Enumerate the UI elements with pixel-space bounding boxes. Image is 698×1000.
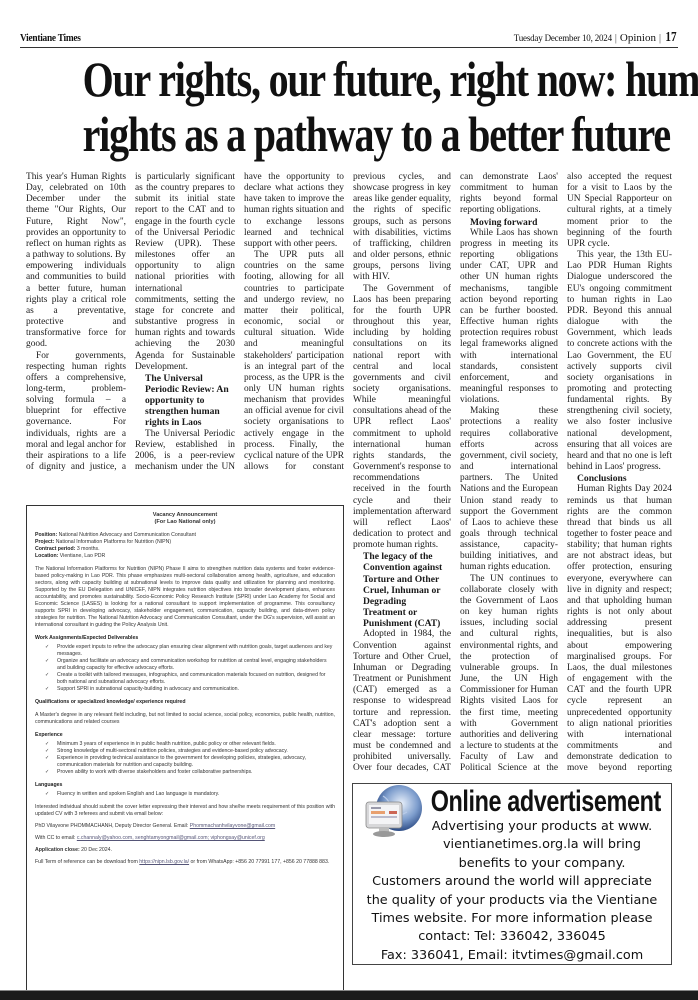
close-date: 20 Dec 2024.: [81, 847, 112, 853]
paragraph: have the opportunity to declare what act…: [244, 172, 344, 250]
tor-whatsapp: or from WhatsApp: +856 20 77991 177, +85…: [191, 859, 330, 865]
ad-line: benefits to your company.: [353, 855, 671, 873]
paragraph: Human Rights Day 2024 reminds us that hu…: [567, 484, 672, 774]
contact-email-link[interactable]: Phommachanhvilayvone@gmail.com: [190, 823, 275, 829]
experience-item: Strong knowledge of multi-sectoral nutri…: [45, 748, 335, 755]
subheading: Conclusions: [567, 473, 672, 484]
paragraph: The Government of Laos has been preparin…: [353, 284, 451, 552]
experience-heading: Experience: [35, 732, 335, 739]
section-name: Opinion: [620, 32, 656, 44]
paragraph: can demonstrate Laos' commitment to huma…: [460, 172, 558, 217]
project-label: Project:: [35, 539, 54, 545]
vacancy-announcement: Vacancy Announcement (For Lao National o…: [26, 505, 344, 991]
paragraph: Adopted in 1984, the Convention against …: [353, 629, 451, 774]
experience-item: Proven ability to work with diverse stak…: [45, 769, 335, 776]
subheading: The legacy of the Convention against Tor…: [353, 551, 451, 629]
work-list: Provide expert inputs to refine the advo…: [35, 644, 335, 693]
article-column-5: can demonstrate Laos' commitment to huma…: [460, 172, 558, 774]
language-item: Fluency in written and spoken English an…: [45, 791, 335, 798]
vacancy-description: The National Information Platforms for N…: [35, 566, 335, 629]
bottom-bar: [0, 990, 698, 1000]
ad-line: Customers around the world will apprecia…: [353, 873, 671, 891]
paragraph: The UN continues to collaborate closely …: [460, 574, 558, 774]
paragraph: previous cycles, and showcase progress i…: [353, 172, 451, 284]
paragraph: For governments, respecting human rights…: [26, 351, 126, 473]
experience-item: Minimum 3 years of experience in in publ…: [45, 741, 335, 748]
paragraph: also accepted the request for a visit to…: [567, 172, 672, 250]
position-value: National Nutrition Advocacy and Communic…: [59, 532, 196, 538]
paragraph: The Universal Periodic Review, establish…: [135, 429, 235, 472]
work-heading: Work Assignments/Expected Deliverables: [35, 635, 335, 642]
experience-item: Experience in providing technical assist…: [45, 755, 335, 769]
location-label: Location:: [35, 553, 58, 559]
cc-row: With CC to email: c.channaly@yahoo.com, …: [35, 835, 335, 842]
paragraph: is particularly significant as the count…: [135, 172, 235, 373]
project-row: Project: National Information Platforms …: [35, 539, 335, 546]
ad-contact-fax-email: Fax: 336041, Email: itvtimes@gmail.com: [353, 947, 671, 965]
work-item: Support SPRI in subnational capacity-bui…: [45, 686, 335, 693]
separator: |: [615, 33, 617, 44]
contact-text: PhD Vilayvone PHOMMACHANH, Deputy Direct…: [35, 823, 188, 829]
application-close-row: Application close: 20 Dec 2024.: [35, 847, 335, 854]
tor-text: Full Term of reference can be download f…: [35, 859, 138, 865]
submission-instructions: Interested individual should submit the …: [35, 804, 335, 818]
tor-row: Full Term of reference can be download f…: [35, 859, 335, 866]
publication-name: Vientiane Times: [20, 32, 81, 44]
vacancy-title: Vacancy Announcement: [35, 512, 335, 519]
paragraph: Making these protections a reality requi…: [460, 406, 558, 573]
subheading: Moving forward: [460, 217, 558, 228]
headline-line-2: rights as a pathway to a better future: [83, 107, 616, 162]
languages-heading: Languages: [35, 782, 335, 789]
vacancy-subtitle: (For Lao National only): [35, 519, 335, 526]
separator: |: [659, 33, 661, 44]
online-advertisement: Online advertisement Advertising your pr…: [352, 783, 672, 965]
cc-label: With CC to email:: [35, 835, 75, 841]
work-item: Create a toolkit with tailored messages,…: [45, 672, 335, 686]
paragraph: The UPR puts all countries on the same f…: [244, 250, 344, 472]
issue-date: Tuesday December 10, 2024: [514, 33, 612, 43]
ad-title: Online advertisement: [431, 786, 642, 818]
location-value: Vientiane, Lao PDR: [60, 553, 105, 559]
page-number: 17: [665, 30, 676, 46]
article-column-6: also accepted the request for a visit to…: [567, 172, 672, 774]
subheading: The Universal Periodic Review: An opport…: [135, 373, 235, 429]
experience-list: Minimum 3 years of experience in in publ…: [35, 741, 335, 776]
paragraph: This year's Human Rights Day, celebrated…: [26, 172, 126, 351]
article-column-4: previous cycles, and showcase progress i…: [353, 172, 451, 774]
contract-row: Contract period: 3 months.: [35, 546, 335, 553]
headline-line-1: Our rights, our future, right now: human: [83, 52, 616, 107]
position-row: Position: National Nutrition Advocacy an…: [35, 532, 335, 539]
ad-line: Times website. For more information plea…: [353, 910, 671, 928]
tor-link[interactable]: https://nipn.lsb.gov.la/: [139, 859, 189, 865]
work-item: Provide expert inputs to refine the advo…: [45, 644, 335, 658]
paragraph: While Laos has shown progress in meeting…: [460, 228, 558, 407]
contact-row: PhD Vilayvone PHOMMACHANH, Deputy Direct…: [35, 823, 335, 830]
cc-email-links[interactable]: c.channaly@yahoo.com, senghtamyongmail@g…: [77, 835, 265, 841]
ad-line: the quality of your products via the Vie…: [353, 892, 671, 910]
paragraph: This year, the 13th EU-Lao PDR Human Rig…: [567, 250, 672, 473]
work-item: Organize and facilitate an advocacy and …: [45, 658, 335, 672]
qualifications-text: A Master's degree in any relevant field …: [35, 712, 335, 726]
article-column-3: have the opportunity to declare what act…: [244, 172, 344, 472]
article-column-2: is particularly significant as the count…: [135, 172, 235, 472]
page-header: Vientiane Times Tuesday December 10, 202…: [20, 30, 678, 48]
languages-list: Fluency in written and spoken English an…: [35, 791, 335, 798]
project-value: National Information Platforms for Nutri…: [56, 539, 171, 545]
page-meta: Tuesday December 10, 2024 | Opinion | 17: [514, 30, 678, 46]
location-row: Location: Vientiane, Lao PDR: [35, 553, 335, 560]
article-column-1: This year's Human Rights Day, celebrated…: [26, 172, 126, 472]
position-label: Position:: [35, 532, 57, 538]
contract-value: 3 months.: [77, 546, 100, 552]
article-headline: Our rights, our future, right now: human…: [83, 52, 616, 162]
computer-globe-icon: [363, 784, 425, 842]
ad-contact-phone: contact: Tel: 336042, 336045: [353, 928, 671, 946]
contract-label: Contract period:: [35, 546, 75, 552]
close-label: Application close:: [35, 847, 80, 853]
qualifications-heading: Qualifications or specialized knowledge/…: [35, 699, 335, 706]
